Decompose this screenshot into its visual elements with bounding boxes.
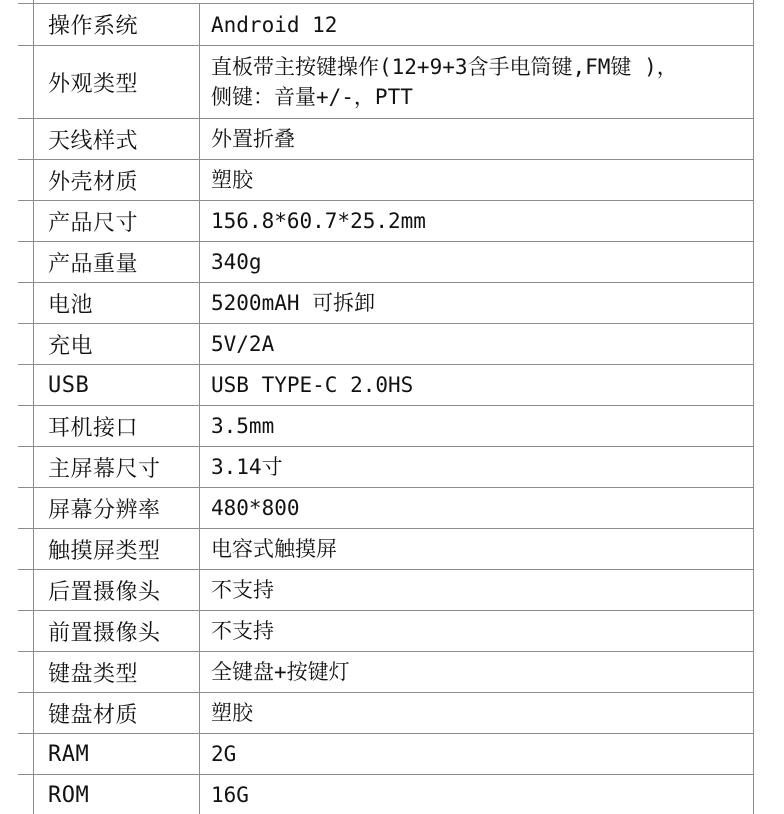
table-row: 天线样式外置折叠 bbox=[34, 119, 753, 160]
spec-label: 充电 bbox=[34, 324, 199, 364]
table-row: RAM2G bbox=[34, 734, 753, 775]
table-row: 电池5200mAH 可拆卸 bbox=[34, 283, 753, 324]
spec-value: 塑胶 bbox=[199, 693, 753, 733]
spec-value: 不支持 bbox=[199, 570, 753, 610]
spec-value-line: 塑胶 bbox=[211, 698, 253, 728]
spec-label: 天线样式 bbox=[34, 119, 199, 159]
spec-label: 屏幕分辨率 bbox=[34, 488, 199, 528]
spec-value-line: 5200mAH 可拆卸 bbox=[211, 288, 375, 318]
spec-value: 直板带主按键操作(12+9+3含手电筒键,FM键 )，侧键：音量+/-，PTT bbox=[199, 46, 753, 118]
spec-label: 产品尺寸 bbox=[34, 201, 199, 241]
spec-table: 操作系统Android 12外观类型直板带主按键操作(12+9+3含手电筒键,F… bbox=[33, 0, 754, 814]
spec-value-line: 直板带主按键操作(12+9+3含手电筒键,FM键 )， bbox=[211, 52, 678, 82]
spec-label: 操作系统 bbox=[34, 4, 199, 45]
spec-value: 3.5mm bbox=[199, 406, 753, 446]
spec-value-line: 156.8*60.7*25.2mm bbox=[211, 206, 426, 236]
spec-value-line: USB TYPE-C 2.0HS bbox=[211, 370, 413, 400]
spec-value-line: 480*800 bbox=[211, 493, 300, 523]
table-row: 外壳材质塑胶 bbox=[34, 160, 753, 201]
table-row: 产品尺寸156.8*60.7*25.2mm bbox=[34, 201, 753, 242]
spec-value-line: 侧键：音量+/-，PTT bbox=[211, 82, 678, 112]
spec-value: 电容式触摸屏 bbox=[199, 529, 753, 569]
table-row: 前置摄像头不支持 bbox=[34, 611, 753, 652]
spec-value-line: 外置折叠 bbox=[211, 124, 295, 154]
spec-table-body: 操作系统Android 12外观类型直板带主按键操作(12+9+3含手电筒键,F… bbox=[34, 3, 753, 814]
table-row: 键盘材质塑胶 bbox=[34, 693, 753, 734]
spec-value: 不支持 bbox=[199, 611, 753, 651]
spec-label: 触摸屏类型 bbox=[34, 529, 199, 569]
spec-label: 外壳材质 bbox=[34, 160, 199, 200]
table-row: USBUSB TYPE-C 2.0HS bbox=[34, 365, 753, 406]
spec-label: ROM bbox=[34, 775, 199, 814]
spec-value-line: 340g bbox=[211, 247, 262, 277]
table-row: 键盘类型全键盘+按键灯 bbox=[34, 652, 753, 693]
spec-label: 产品重量 bbox=[34, 242, 199, 282]
table-row: 耳机接口3.5mm bbox=[34, 406, 753, 447]
table-row: 触摸屏类型电容式触摸屏 bbox=[34, 529, 753, 570]
table-row: 外观类型直板带主按键操作(12+9+3含手电筒键,FM键 )，侧键：音量+/-，… bbox=[34, 46, 753, 119]
table-row: 屏幕分辨率480*800 bbox=[34, 488, 753, 529]
spec-value: 156.8*60.7*25.2mm bbox=[199, 201, 753, 241]
spec-value-line: 不支持 bbox=[211, 575, 274, 605]
spec-value: 外置折叠 bbox=[199, 119, 753, 159]
spec-label: 耳机接口 bbox=[34, 406, 199, 446]
spec-value: 全键盘+按键灯 bbox=[199, 652, 753, 692]
spec-label: 键盘类型 bbox=[34, 652, 199, 692]
spec-value: 5V/2A bbox=[199, 324, 753, 364]
spec-value-line: 3.5mm bbox=[211, 411, 274, 441]
spec-label: 后置摄像头 bbox=[34, 570, 199, 610]
table-row: 操作系统Android 12 bbox=[34, 4, 753, 46]
spec-value: USB TYPE-C 2.0HS bbox=[199, 365, 753, 405]
spec-value: 340g bbox=[199, 242, 753, 282]
spec-label: 键盘材质 bbox=[34, 693, 199, 733]
spec-label: 电池 bbox=[34, 283, 199, 323]
spec-value: 5200mAH 可拆卸 bbox=[199, 283, 753, 323]
spec-value: 3.14寸 bbox=[199, 447, 753, 487]
spec-label: USB bbox=[34, 365, 199, 405]
spec-label: RAM bbox=[34, 734, 199, 774]
spec-value: 塑胶 bbox=[199, 160, 753, 200]
spec-label: 前置摄像头 bbox=[34, 611, 199, 651]
spec-label: 外观类型 bbox=[34, 46, 199, 118]
spec-value-line: 全键盘+按键灯 bbox=[211, 657, 350, 687]
table-row: 后置摄像头不支持 bbox=[34, 570, 753, 611]
spec-value: 16G bbox=[199, 775, 753, 814]
spec-value: 480*800 bbox=[199, 488, 753, 528]
spec-value-line: 不支持 bbox=[211, 616, 274, 646]
spec-label: 主屏幕尺寸 bbox=[34, 447, 199, 487]
table-row: 主屏幕尺寸3.14寸 bbox=[34, 447, 753, 488]
spec-value-line: 电容式触摸屏 bbox=[211, 534, 337, 564]
spec-value-line: 3.14寸 bbox=[211, 452, 283, 482]
table-row: 产品重量340g bbox=[34, 242, 753, 283]
spec-value-line: 2G bbox=[211, 739, 236, 769]
table-row: ROM16G bbox=[34, 775, 753, 814]
spec-value-line: 塑胶 bbox=[211, 165, 253, 195]
spec-value: 2G bbox=[199, 734, 753, 774]
spec-value-line: Android 12 bbox=[211, 10, 337, 40]
spec-value: Android 12 bbox=[199, 4, 753, 45]
table-row: 充电5V/2A bbox=[34, 324, 753, 365]
product-spec-sheet: 操作系统Android 12外观类型直板带主按键操作(12+9+3含手电筒键,F… bbox=[0, 0, 784, 814]
spec-value-line: 5V/2A bbox=[211, 329, 274, 359]
spec-value-line: 16G bbox=[211, 780, 249, 810]
